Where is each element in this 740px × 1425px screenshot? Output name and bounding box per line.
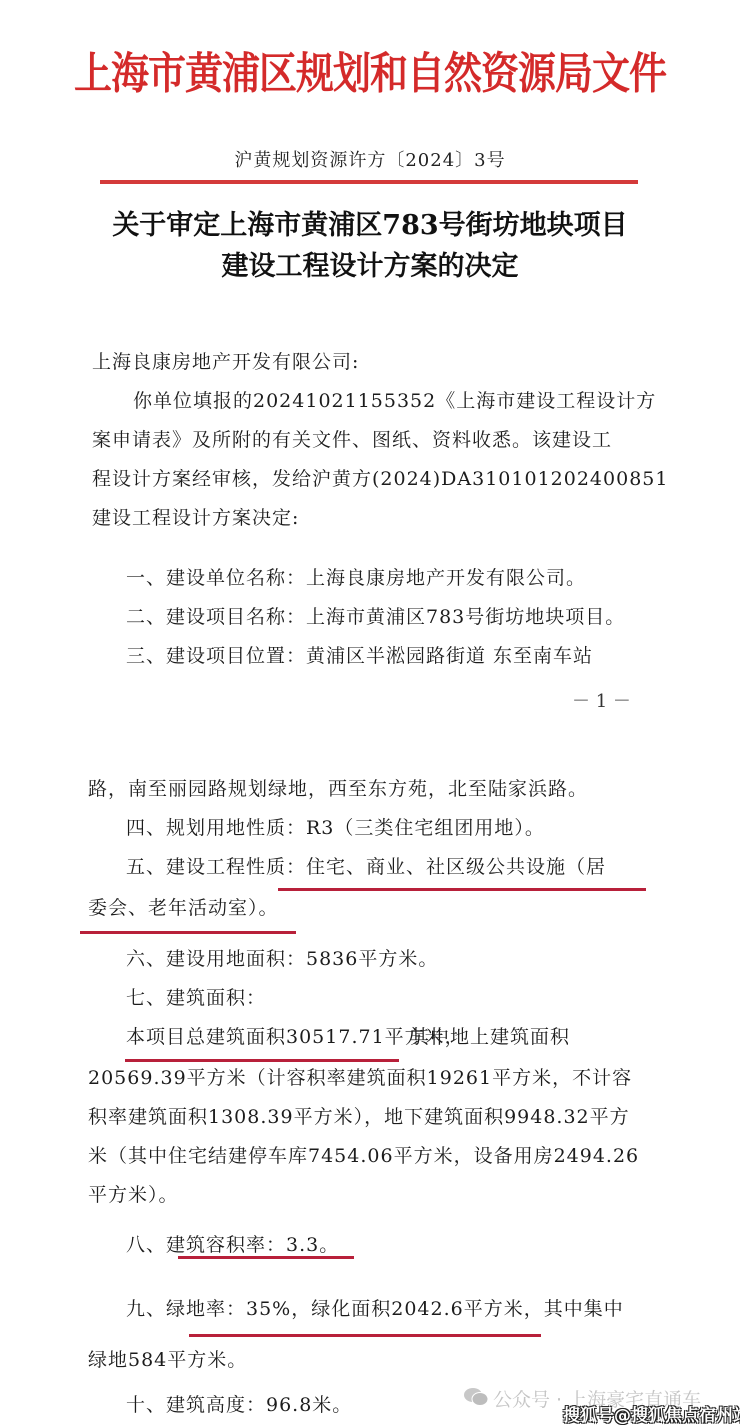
highlight-underline [80,931,296,934]
addressee: 上海良康房地产开发有限公司: [92,347,359,374]
item-3-project-location: 三、建设项目位置：黄浦区半淞园路街道 东至南车站 [126,641,593,668]
item-8-plot-ratio: 八、建筑容积率：3.3。 [126,1230,339,1257]
highlight-underline [278,888,646,891]
item-7-line-4: 米（其中住宅结建停车库7454.06平方米，设备用房2494.26 [88,1141,639,1168]
item-4-land-use: 四、规划用地性质：R3（三类住宅组团用地）。 [126,813,545,840]
highlight-underline [178,1256,354,1259]
item-7-line-2: 20569.39平方米（计容积率建筑面积19261平方米，不计容 [88,1063,632,1090]
issuer-masthead: 上海市黄浦区规划和自然资源局文件 [0,38,740,101]
item-7-line-3: 积率建筑面积1308.39平方米），地下建筑面积9948.32平方 [88,1102,630,1129]
item-10-building-height: 十、建筑高度：96.8米。 [126,1390,352,1417]
item-7-above-ground-label: 其中地上建筑面积 [410,1022,570,1049]
intro-line-4: 建设工程设计方案决定: [92,503,299,530]
item-2-project-name: 二、建设项目名称：上海市黄浦区783号街坊地块项目。 [126,602,625,629]
item-7-line-5: 平方米）。 [88,1180,179,1207]
document-title-line1: 关于审定上海市黄浦区783号街坊地块项目 [0,203,740,242]
document-number: 沪黄规划资源许方〔2024〕3号 [0,146,740,172]
sohu-watermark: 搜狐号@搜狐焦点宿州站 [563,1401,740,1425]
item-3-location-continued: 路，南至丽园路规划绿地，西至东方苑，北至陆家浜路。 [88,774,588,801]
highlight-underline [189,1334,541,1337]
document-title-line2: 建设工程设计方案的决定 [0,244,740,283]
wechat-icon [463,1387,489,1411]
item-1-builder-name: 一、建设单位名称：上海良康房地产开发有限公司。 [126,563,586,590]
item-9-green-continued: 绿地584平方米。 [88,1345,247,1372]
red-divider [100,180,638,184]
highlight-underline [125,1059,399,1062]
item-7-floor-area-heading: 七、建筑面积： [126,983,266,1010]
item-9-green-ratio: 九、绿地率：35%，绿化面积2042.6平方米，其中集中 [126,1294,624,1321]
item-6-site-area: 六、建设用地面积：5836平方米。 [126,944,438,971]
item-5-nature-continued: 委会、老年活动室）。 [88,893,279,920]
intro-line-2: 案申请表》及所附的有关文件、图纸、资料收悉。该建设工 [92,425,612,452]
page-number: － 1 － [572,687,631,713]
intro-line-3: 程设计方案经审核，发给沪黄方(2024)DA310101202400851 [92,464,668,491]
item-5-project-nature: 五、建设工程性质：住宅、商业、社区级公共设施（居 [126,852,606,879]
intro-line-1: 你单位填报的20241021155352《上海市建设工程设计方 [133,386,656,413]
